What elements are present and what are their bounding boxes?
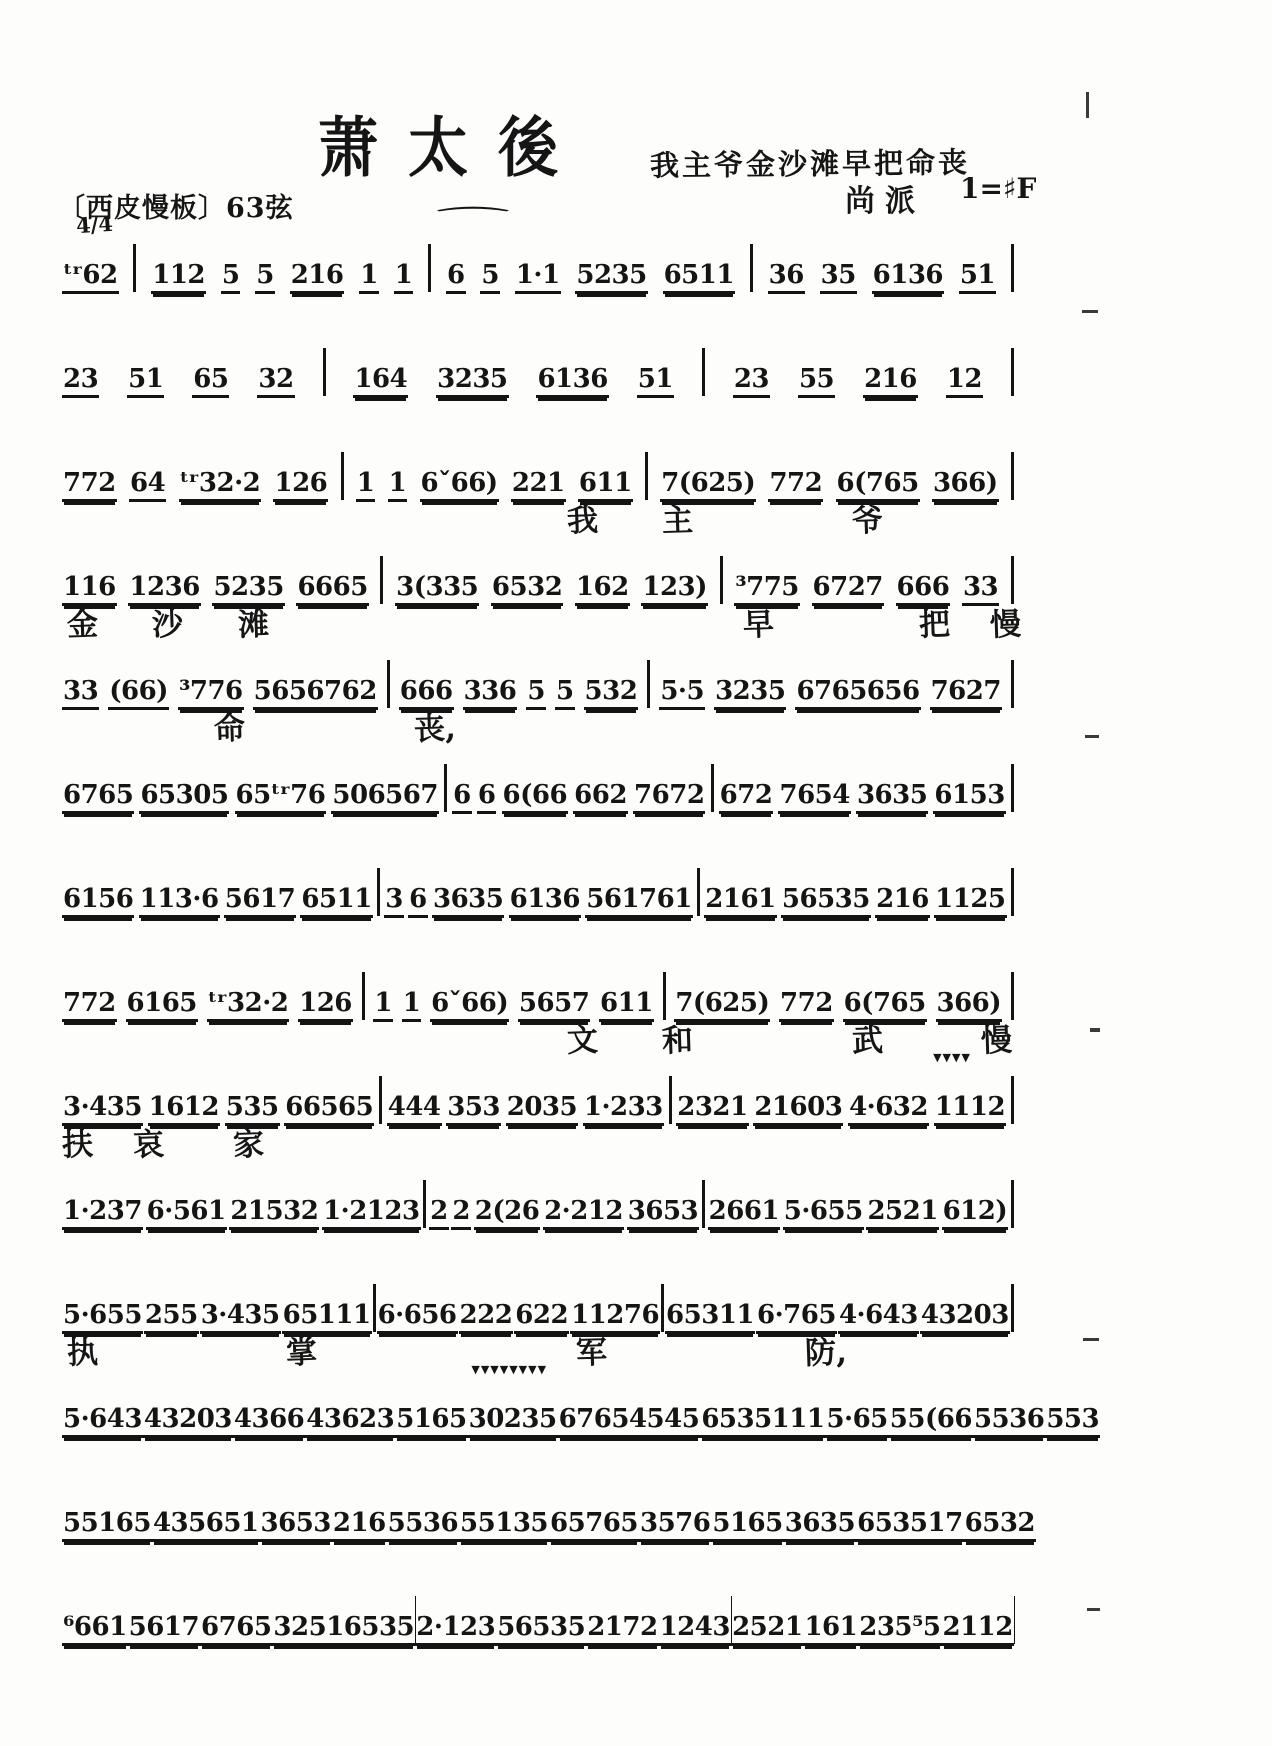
note-group: 162 — [575, 574, 630, 606]
barline — [1011, 1076, 1014, 1124]
note-group: 56535 — [781, 886, 871, 918]
barline — [379, 1076, 382, 1124]
note-group: 6 — [446, 262, 466, 294]
lyric-char: 命 — [214, 713, 246, 745]
note-group: 6·765 — [756, 1302, 837, 1334]
note-group: 21603 — [753, 1094, 843, 1126]
score-line: 7726165ᵗʳ32·2126116ˇ66)56576117(625)7726… — [62, 964, 1014, 1064]
note-group: 444 — [387, 1094, 442, 1126]
note-group: 36 — [768, 262, 805, 294]
note-group: 112 — [151, 262, 206, 294]
barline — [377, 868, 380, 916]
note-group: 66565 — [284, 1094, 374, 1126]
barline — [133, 244, 136, 292]
note-group: 6·656 — [377, 1302, 458, 1334]
note-group: 5·655 — [62, 1302, 143, 1334]
note-group: 113·6 — [139, 886, 220, 918]
lyric-char: 主 — [661, 505, 693, 537]
barline — [661, 1284, 664, 1332]
note-group: 4·632 — [848, 1094, 929, 1126]
note-group: 5 — [221, 262, 241, 294]
note-group: 55 — [798, 366, 835, 398]
note-group: 5 — [555, 678, 575, 710]
note-group: 535 — [225, 1094, 280, 1126]
note-group: 353 — [446, 1094, 501, 1126]
note-group: 12 — [946, 366, 983, 398]
lyric-char: 滩 — [238, 609, 270, 641]
barline — [1011, 348, 1014, 396]
lyric-char: 金 — [66, 609, 98, 641]
barline — [702, 1180, 705, 1228]
note-group: 3235 — [714, 678, 786, 710]
score-line: 5·64343203436643623516530235676545456535… — [62, 1380, 1014, 1480]
note-group: 43203 — [920, 1302, 1010, 1334]
note-group: 5235 — [575, 262, 647, 294]
barline — [1011, 244, 1014, 292]
barline — [1011, 660, 1014, 708]
note-group: ᵗʳ32·2 — [179, 470, 262, 502]
note-group: 23 — [733, 366, 770, 398]
barline — [1011, 972, 1014, 1020]
note-group: 666 — [896, 574, 951, 606]
note-group: 1 — [359, 262, 379, 294]
note-group: 1 — [388, 470, 408, 502]
note-group: 6 — [408, 886, 428, 918]
score-line: 3·43516125356656544435320351·23323212160… — [62, 1068, 1014, 1168]
barline — [323, 348, 326, 396]
note-group: 5·655 — [783, 1198, 864, 1230]
note-group: 5165 — [711, 1510, 783, 1542]
note-group: 6136 — [536, 366, 608, 398]
note-group: 65 — [192, 366, 229, 398]
note-group: 6665 — [296, 574, 368, 606]
barline — [702, 348, 705, 396]
note-group: 772 — [62, 990, 117, 1022]
barline — [341, 452, 344, 500]
lyric-char: 和 — [661, 1025, 693, 1057]
lyric-char: 扶 — [61, 1129, 93, 1161]
note-group: 33 — [62, 678, 99, 710]
note-group: 1·233 — [583, 1094, 664, 1126]
barline — [663, 972, 666, 1020]
score-line: ⁶66156176765325165352·123565352172124325… — [62, 1588, 1014, 1688]
note-group: 6765 — [200, 1614, 272, 1646]
note-group: 222 — [459, 1302, 514, 1334]
note-group: 611 — [599, 990, 654, 1022]
score-line: 33(66)³7765656762666336555325·5323567656… — [62, 652, 1014, 752]
note-group: 772 — [62, 470, 117, 502]
barline — [1011, 764, 1014, 812]
barline — [1011, 556, 1014, 604]
note-group: 7672 — [633, 782, 705, 814]
note-group: 65311 — [665, 1302, 755, 1334]
note-group: 216 — [290, 262, 345, 294]
barline — [380, 556, 383, 604]
ornament-mark: ⌒ — [438, 208, 508, 230]
note-group: 6 — [452, 782, 472, 814]
note-group: 43623 — [305, 1406, 395, 1438]
note-group: 5235 — [212, 574, 284, 606]
note-group: 3635 — [784, 1510, 856, 1542]
barline — [711, 764, 714, 812]
note-group: 435651 — [152, 1510, 260, 1542]
note-group: 6511 — [663, 262, 735, 294]
note-group: 2521 — [731, 1614, 803, 1646]
note-group: 216 — [332, 1510, 387, 1542]
note-group: 2661 — [708, 1198, 780, 1230]
note-group: 5536 — [973, 1406, 1045, 1438]
lyric-char: 文 — [566, 1025, 598, 1057]
note-group: 5 — [255, 262, 275, 294]
note-group: 6ˇ66) — [430, 990, 509, 1022]
ornament-mark: ▼▼▼▼ — [933, 1052, 971, 1063]
note-group: 3(335 — [395, 574, 479, 606]
barline — [373, 1284, 376, 1332]
scan-artifact — [1083, 1338, 1099, 1341]
note-group: 6136 — [509, 886, 581, 918]
note-group: 3635 — [856, 782, 928, 814]
note-group: 1 — [373, 990, 393, 1022]
barline — [1011, 1284, 1014, 1332]
note-group: 5165 — [395, 1406, 467, 1438]
note-group: 561761 — [585, 886, 693, 918]
note-group: 1112 — [934, 1094, 1006, 1126]
barline — [1011, 1180, 1014, 1228]
note-group: 64 — [129, 470, 166, 502]
barline — [697, 868, 700, 916]
note-group: 65765 — [549, 1510, 639, 1542]
score-line: 77264ᵗʳ32·2126116ˇ66)2216117(625)7726(76… — [62, 444, 1014, 544]
note-group: 3653 — [260, 1510, 332, 1542]
note-group: 221 — [511, 470, 566, 502]
note-group: 4366 — [233, 1406, 305, 1438]
note-group: 5657 — [518, 990, 590, 1022]
note-group: 55165 — [62, 1510, 152, 1542]
note-group: 32516535 — [272, 1614, 415, 1646]
note-group: 6(765 — [843, 990, 927, 1022]
note-group: 5·65 — [825, 1406, 888, 1438]
note-group: 1 — [394, 262, 414, 294]
barline — [428, 244, 431, 292]
score-line: 6156113·65617651136363561365617612161565… — [62, 860, 1014, 960]
barline — [387, 660, 390, 708]
note-group: 51 — [637, 366, 674, 398]
note-group: 164 — [353, 366, 408, 398]
note-group: 116 — [62, 574, 117, 606]
note-group: 126 — [298, 990, 353, 1022]
lyric-char: 爷 — [852, 505, 884, 537]
barline — [750, 244, 753, 292]
note-group: 55(66 — [889, 1406, 973, 1438]
note-group: 123) — [641, 574, 708, 606]
note-group: 35 — [820, 262, 857, 294]
note-group: 2112 — [942, 1614, 1014, 1646]
ornament-mark: ▼▼▼▼▼▼▼▼ — [471, 1364, 547, 1375]
barline — [1011, 868, 1014, 916]
note-group: 6765 — [62, 782, 134, 814]
note-group: 7(625) — [674, 990, 770, 1022]
note-group: 7654 — [778, 782, 850, 814]
note-group: 5536 — [387, 1510, 459, 1542]
note-group: 5617 — [128, 1614, 200, 1646]
note-group: 532 — [584, 678, 639, 710]
note-group: 3653 — [627, 1198, 699, 1230]
note-group: 55135 — [459, 1510, 549, 1542]
lyric-char: 丧, — [414, 713, 457, 745]
note-group: 366) — [932, 470, 999, 502]
note-group: 21532 — [229, 1198, 319, 1230]
note-group: 672 — [719, 782, 774, 814]
lyric-char: 我 — [566, 505, 598, 537]
note-group: 2172 — [586, 1614, 658, 1646]
note-group: 30235 — [468, 1406, 558, 1438]
note-group: 7627 — [930, 678, 1002, 710]
note-group: 366) — [936, 990, 1003, 1022]
lyric-char: 把 — [918, 609, 950, 641]
scan-artifact — [1082, 310, 1098, 313]
note-group: 2·212 — [543, 1198, 624, 1230]
note-group: 3·435 — [200, 1302, 281, 1334]
note-group: 2 — [429, 1198, 449, 1230]
note-group: 3235 — [436, 366, 508, 398]
barline — [645, 452, 648, 500]
score-line: ᵗʳ621125521611651·1523565113635613651⌒ — [62, 236, 1014, 336]
scan-artifact — [1087, 1608, 1100, 1611]
note-group: 6ˇ66) — [420, 470, 499, 502]
note-group: ᵗʳ32·2 — [207, 990, 290, 1022]
note-group: 662 — [573, 782, 628, 814]
note-group: 1·237 — [62, 1198, 143, 1230]
lyric-char: 沙 — [152, 609, 184, 641]
note-group: 6153 — [933, 782, 1005, 814]
score-line: 5516543565136532165536551356576535765165… — [62, 1484, 1014, 1584]
note-group: 772 — [779, 990, 834, 1022]
barline — [669, 1076, 672, 1124]
barline — [1011, 452, 1014, 500]
lyric-char: 慢 — [990, 609, 1022, 641]
note-group: 11276 — [570, 1302, 660, 1334]
note-group: 6532 — [491, 574, 563, 606]
note-group: 2161 — [704, 886, 776, 918]
barline — [444, 764, 447, 812]
scan-artifact — [1085, 735, 1099, 738]
note-group: 622 — [514, 1302, 569, 1334]
barline — [423, 1180, 426, 1228]
note-group: 4·643 — [838, 1302, 919, 1334]
note-group: ⁶661 — [62, 1614, 128, 1646]
note-group: 6765656 — [795, 678, 920, 710]
note-group: 6(66 — [502, 782, 569, 814]
note-group: 6165 — [126, 990, 198, 1022]
note-group: ᵗʳ62 — [62, 262, 119, 294]
note-group: 666 — [399, 678, 454, 710]
note-group: 336 — [463, 678, 518, 710]
lyric-char: 家 — [233, 1129, 265, 1161]
note-group: 611 — [578, 470, 633, 502]
score: ᵗʳ621125521611651·1523565113635613651⌒23… — [0, 0, 1272, 1746]
note-group: 43203 — [143, 1406, 233, 1438]
note-group: 506567 — [331, 782, 439, 814]
note-group: 32 — [257, 366, 294, 398]
note-group: 65111 — [282, 1302, 372, 1334]
sheet-music-page: 萧太後 我主爷金沙滩早把命丧 〔西皮慢板〕63弦 尚派 1=♯F 4/4 ᵗʳ6… — [0, 0, 1272, 1746]
note-group: 23 — [62, 366, 99, 398]
note-group: 33 — [962, 574, 999, 606]
note-group: 1·2123 — [322, 1198, 421, 1230]
note-group: 772 — [768, 470, 823, 502]
note-group: 6727 — [812, 574, 884, 606]
note-group: 6 — [477, 782, 497, 814]
note-group: 2·123 — [415, 1614, 496, 1646]
note-group: 1 — [402, 990, 422, 1022]
barline — [647, 660, 650, 708]
lyric-char: 防, — [804, 1337, 847, 1369]
note-group: 653517 — [856, 1510, 964, 1542]
note-group: 255 — [144, 1302, 199, 1334]
note-group: 7(625) — [660, 470, 756, 502]
note-group: 6535111 — [700, 1406, 825, 1438]
scan-artifact — [1090, 1028, 1100, 1032]
note-group: 51 — [959, 262, 996, 294]
note-group: ³775 — [734, 574, 800, 606]
note-group: 216 — [863, 366, 918, 398]
note-group: 2035 — [506, 1094, 578, 1126]
note-group: 612) — [942, 1198, 1009, 1230]
note-group: 65ᵗʳ76 — [235, 782, 327, 814]
note-group: 67654545 — [558, 1406, 701, 1438]
note-group: 1 — [356, 470, 376, 502]
note-group: 2321 — [676, 1094, 748, 1126]
barline — [720, 556, 723, 604]
note-group: 3 — [384, 886, 404, 918]
note-group: 1·1 — [515, 262, 561, 294]
note-group: 3·435 — [62, 1094, 143, 1126]
note-group: 161 — [803, 1614, 858, 1646]
score-line: 235165321643235613651235521612 — [62, 340, 1014, 440]
note-group: ³776 — [178, 678, 244, 710]
note-group: 1236 — [128, 574, 200, 606]
lyric-char: 慢 — [980, 1025, 1012, 1057]
note-group: 6(765 — [836, 470, 920, 502]
note-group: 5·5 — [659, 678, 705, 710]
note-group: 5 — [526, 678, 546, 710]
score-line: 67656530565ᵗʳ76506567666(666627672672765… — [62, 756, 1014, 856]
lyric-char: 执 — [66, 1337, 98, 1369]
note-group: 65305 — [139, 782, 229, 814]
lyric-char: 武 — [852, 1025, 884, 1057]
note-group: 5 — [480, 262, 500, 294]
note-group: 1612 — [148, 1094, 220, 1126]
barline — [362, 972, 365, 1020]
lyric-char: 早 — [742, 609, 774, 641]
note-group: 216 — [875, 886, 930, 918]
note-group: 5·643 — [62, 1406, 143, 1438]
lyric-char: 军 — [576, 1337, 608, 1369]
note-group: 2 — [451, 1198, 471, 1230]
note-group: 3635 — [432, 886, 504, 918]
note-group: 5656762 — [253, 678, 378, 710]
note-group: 56535 — [496, 1614, 586, 1646]
note-group: (66) — [108, 678, 169, 710]
note-group: 6532 — [964, 1510, 1036, 1542]
lyric-char: 掌 — [285, 1337, 317, 1369]
note-group: 1243 — [659, 1614, 731, 1646]
score-line: 1161236523566653(3356532162123)³77567276… — [62, 548, 1014, 648]
note-group: 2(26 — [474, 1198, 541, 1230]
note-group: 235⁵5 — [858, 1614, 941, 1646]
note-group: 5617 — [224, 886, 296, 918]
note-group: 6·561 — [146, 1198, 227, 1230]
note-group: 51 — [127, 366, 164, 398]
note-group: 6156 — [62, 886, 134, 918]
note-group: 6136 — [872, 262, 944, 294]
note-group: 2521 — [866, 1198, 938, 1230]
note-group: 3576 — [639, 1510, 711, 1542]
note-group: 1125 — [934, 886, 1006, 918]
scan-artifact — [1086, 92, 1089, 118]
lyric-char: 哀 — [133, 1129, 165, 1161]
score-line: 1·2376·561215321·2123222(262·21236532661… — [62, 1172, 1014, 1272]
note-group: 553 — [1045, 1406, 1100, 1438]
note-group: 126 — [273, 470, 328, 502]
score-line: 5·6552553·435651116·65622262211276653116… — [62, 1276, 1014, 1376]
note-group: 6511 — [300, 886, 372, 918]
